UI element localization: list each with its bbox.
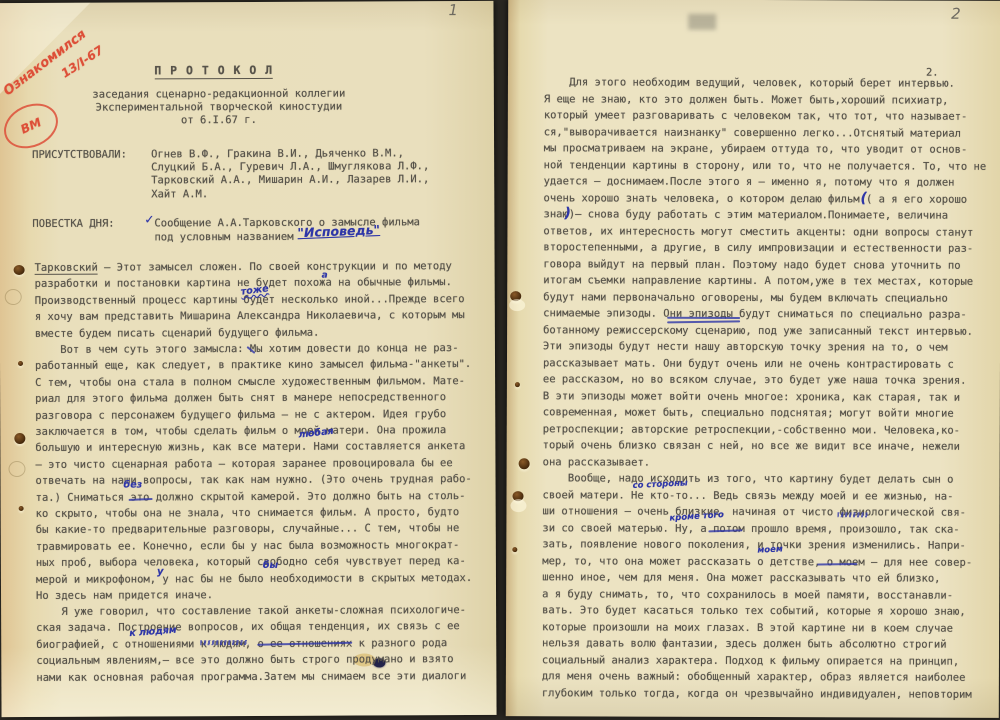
- pencil-page-number: 2: [951, 5, 961, 23]
- right-page-sheet: 2 2. Для этого необходим ведущий, челове…: [506, 0, 1000, 718]
- paragraph-1-text: – Этот замысел сложен. По своей конструк…: [35, 260, 465, 339]
- punch-hole: [14, 433, 25, 444]
- ink-insert-a: а: [322, 271, 328, 281]
- ink-insert-u: у: [157, 566, 164, 577]
- ink-insert-bez: без: [124, 479, 143, 490]
- ink-paren-open: (: [861, 190, 867, 206]
- attendees-label: ПРИСУТСТВОВАЛИ:: [32, 149, 127, 163]
- ink-scribble-over-word: [837, 512, 867, 517]
- punch-hole-small: [19, 506, 24, 511]
- body-paragraph-2: Вообще, надо исходить из того, что карти…: [542, 470, 995, 703]
- punch-ring: [5, 289, 22, 305]
- gray-smudge: [688, 14, 716, 30]
- left-page-sheet: 1 Ознакомился 13/I-67 ВМ П Р О Т О К О Л…: [0, 1, 497, 717]
- body-paragraph-1: Тарковский – Этот замысел сложен. По сво…: [35, 258, 491, 342]
- red-stamp-initials: ВМ: [18, 115, 43, 136]
- red-stamp-oval: ВМ: [0, 95, 65, 156]
- punch-ring: [8, 461, 25, 477]
- speaker-name: Тарковский: [35, 262, 98, 275]
- punch-hole: [14, 265, 25, 275]
- scanned-protocol-document: { "left_page": { "pencil_page_number": "…: [0, 0, 1000, 720]
- punch-hole-small: [18, 361, 23, 366]
- ink-strikethrough: [667, 317, 740, 319]
- agenda-label: ПОВЕСТКА ДНЯ:: [32, 217, 114, 231]
- ink-paren-close: ): [564, 205, 570, 221]
- document-subtitle: заседания сценарно-редакционной коллегии…: [69, 87, 369, 128]
- pencil-page-number: 1: [448, 1, 458, 19]
- ink-scribble-over-word: [200, 640, 248, 645]
- body-paragraph-1: Для этого необходим ведущий, человек, ко…: [543, 74, 996, 472]
- hole-halo: [509, 299, 525, 311]
- punch-hole: [519, 458, 530, 469]
- attendees-list: Огнев В.Ф., Гракина В.И., Дьяченко В.М.,…: [151, 147, 429, 201]
- ink-checkmark: ✓: [144, 212, 154, 226]
- document-title-text: П Р О Т О К О Л: [154, 63, 273, 80]
- punch-hole-small: [512, 547, 517, 552]
- punch-hole-small: [515, 382, 520, 387]
- document-title: П Р О Т О К О Л: [94, 64, 334, 79]
- ink-insert-by: бы: [263, 560, 278, 571]
- hole-halo: [510, 499, 526, 512]
- ink-insert-moem: моем: [757, 544, 783, 555]
